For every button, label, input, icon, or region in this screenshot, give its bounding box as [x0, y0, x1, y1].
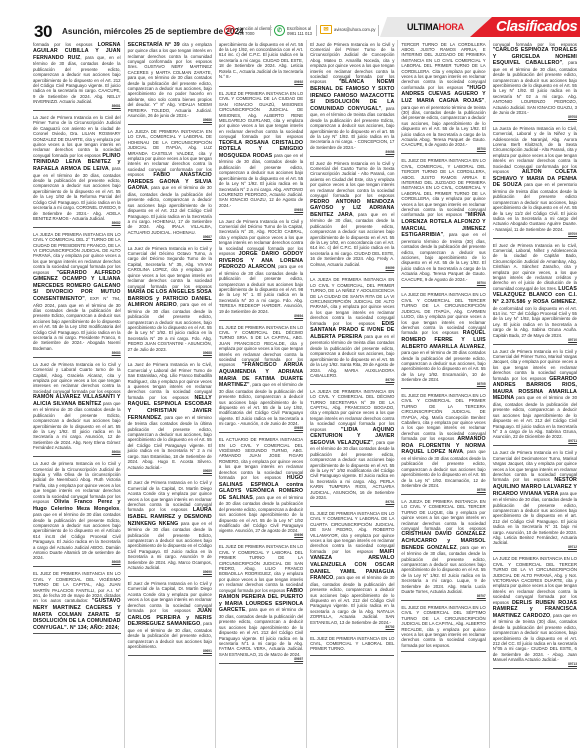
- notice-text: LA JUEZA DE PRIMERA INSTANCIA EN LO CIVI…: [310, 389, 394, 432]
- column-6: conyugal formada por los esposos "CARLOS…: [489, 40, 580, 748]
- legal-notice: EL JUEZ DE PRIMERA INSTANCIA EN LO CIVIL…: [219, 323, 303, 433]
- notice-text: , para que en el término de 30 días cont…: [219, 495, 303, 534]
- notice-text: La Jueza de Primera Instancia en lo Civi…: [493, 126, 577, 174]
- legal-notice: EL JUEZ DE PRIMERA INSTANCIA EN LO CIVIL…: [401, 603, 485, 652]
- notice-text: El Juez de Primera Instancia en lo Civil…: [310, 42, 394, 85]
- legal-notice: La Jueza de Primera Instancia en lo Civi…: [493, 124, 577, 238]
- notice-text: para que en el término de 30 días, conta…: [493, 395, 577, 439]
- notice-code: 89695: [219, 427, 303, 431]
- notice-text: , para que en el término de 30 días, con…: [310, 575, 394, 624]
- notice-code: 89690: [128, 571, 212, 575]
- notice-text: , para que en el término de 30 días, con…: [310, 212, 394, 267]
- column-5: TERCER TURNO DE LA CORDILLERA ABOG. JUST…: [397, 40, 488, 748]
- notice-text: , EXP. N° 794, AÑO 2024, para que en el …: [33, 296, 121, 351]
- legal-notice: La Juez de Primera Instancia en lo Civil…: [219, 217, 303, 320]
- brand-band: ULTIMAHORA Clasificados: [380, 17, 580, 37]
- whatsapp-icon: ✆: [274, 25, 285, 36]
- notice-text: EL JUEZ DE PRIMERA INSTANCIA EN LO CIVIL…: [219, 91, 303, 139]
- notice-code: 89702: [310, 626, 394, 630]
- page-header: 30 Asunción, miércoles 25 de septiembre …: [0, 0, 580, 36]
- contact-whatsapp: ✆ Escríbinos al0981 111 013: [274, 25, 312, 36]
- notice-code: 89709: [493, 233, 577, 237]
- notice-code: 89684: [33, 451, 121, 455]
- legal-notice: La Juez de Primera Instancia en lo Civil…: [33, 360, 121, 457]
- notice-text: LA JUEZ DE PRIMERA INSTANCIA EN LO CIVIL…: [493, 556, 577, 604]
- notice-text: , para que en el término de 30 días cont…: [219, 382, 303, 426]
- notice-code: 89691: [128, 650, 212, 654]
- legal-notice: EL ACTUARIO DE PRIMERA INSTANCIA EN LO C…: [219, 436, 303, 541]
- legal-notice: El Juez de Primera Instancia en lo Civil…: [493, 241, 577, 344]
- notice-code: 89706: [401, 489, 485, 493]
- notice-text: EL JUEZ DE PRIMERA INSTANCIA EN LO CIVIL…: [219, 544, 303, 592]
- notice-code: 89681: [33, 105, 121, 109]
- notice-text: EL JUEZ DE PRIMERA INSTANCIA EN LO CIVIL…: [401, 158, 485, 217]
- notice-code: 89697: [219, 658, 303, 662]
- notice-code: 89711: [493, 440, 577, 444]
- notice-code: 89710: [493, 339, 577, 343]
- notice-code: 89708: [493, 116, 577, 120]
- legal-notice: EL JUEZ DE PRIMERA INSTANCIA EN LO CIVIL…: [33, 570, 121, 635]
- legal-notice: La Juez de Primera Instancia en lo Civil…: [128, 361, 212, 476]
- notice-code: 89692: [219, 81, 303, 85]
- legal-notice: LA JUEZA DE PRIMERA INSTANCIA EN LO CIVI…: [128, 127, 212, 241]
- notice-code: 89688: [128, 352, 212, 356]
- notice-text: La Juez de Primera Instancia en lo Civil…: [128, 246, 212, 289]
- notice-text: , para que en el perentorio término de t…: [401, 98, 485, 147]
- notice-text: para que en el término de 30 días contad…: [33, 401, 121, 450]
- legal-notice: LA JUEZ DE PRIMERA INSTANCIA EN LO CIVIL…: [493, 555, 577, 669]
- divider: [270, 25, 271, 36]
- notice-text: , de conformidad con lo dispuesto en el …: [493, 299, 577, 338]
- legal-notice: apercibimiento de lo dispuesto en el Art…: [219, 40, 303, 87]
- divider: [316, 25, 317, 36]
- notice-text: apercibimiento de lo dispuesto en el Art…: [219, 42, 303, 79]
- column-4: El Juez de Primera Instancia en lo Civil…: [306, 40, 397, 748]
- legal-notice: La Juez de Primera Instancia en lo Civil…: [33, 114, 121, 228]
- phone-icon: ✆: [224, 25, 235, 36]
- notice-code: 89696: [219, 534, 303, 538]
- notice-code: 89701: [310, 501, 394, 505]
- page-number: 30: [34, 22, 52, 42]
- notice-text: La Juez de Primera Instancia en lo Civil…: [33, 362, 121, 394]
- legal-notice: LA JUEZA DE PRIMERA INSTANCIA EN LO CIVI…: [310, 276, 394, 385]
- legal-notice: formada por los esposos LORENA AGUILAR C…: [33, 40, 121, 111]
- legal-notice: El Juez de Primera Instancia en lo Civil…: [310, 159, 394, 273]
- notice-text: para que en el perentorio término de tre…: [310, 334, 394, 378]
- notice-text: para que en el término de 30 días, conta…: [493, 491, 577, 546]
- notice-text: LA JUEZA DE PRIMERA INSTANCIA EN LO CIVI…: [401, 499, 485, 531]
- legal-notice: La Juez de primera Instancia en lo Civil…: [33, 460, 121, 568]
- notice-text: LA JUEZA DE PRIMERA INSTANCIA EN LO CIVI…: [310, 277, 394, 325]
- section-title: Clasificados: [496, 18, 577, 35]
- notice-text: , para que en el término de 30 días, con…: [219, 607, 303, 656]
- notice-code: 89712: [493, 546, 577, 550]
- notice-text: EL JUEZ DE PRIMERA INSTANCIA EN LO CIVIL…: [310, 636, 394, 652]
- notice-text: TERCER TURNO DE LA CORDILLERA ABOG. JUST…: [401, 42, 485, 90]
- column-1: formada por los esposos LORENA AGUILAR C…: [33, 40, 124, 748]
- legal-notice: EL JUEZ DE PRIMERA INSTANCIA EN LO CIVIL…: [219, 90, 303, 215]
- notice-text: La Juez de Primera Instancia en lo Civil…: [33, 115, 121, 158]
- notice-text: , para que en el término de 30 días, con…: [493, 60, 577, 115]
- legal-notice: La Juez de Primera Instancia en lo Civil…: [493, 449, 577, 552]
- notice-text: , para que en el término de treinta días…: [128, 415, 212, 470]
- legal-notice: El Juez de Primera Instancia en lo Civil…: [128, 479, 212, 577]
- legal-notice: EL JUEZ DE PRIMERA INSTANCIA EN LO CIVIL…: [310, 634, 394, 656]
- notice-text: formada por los esposos: [33, 42, 98, 47]
- notice-text: EL JUEZ DE PRIMERA INSTANCIA EN LO CIVIL…: [310, 511, 394, 554]
- notice-code: 89698: [310, 151, 394, 155]
- notice-text: LA JUEZA DE PRIMERA INSTANCIA EN LO CIVI…: [33, 232, 121, 275]
- notice-text: EL ACTUARIO DE PRIMERA INSTANCIA EN LO C…: [219, 437, 303, 480]
- notice-text: EL JUEZ DE PRIMERA INSTANCIA EN LO CIVIL…: [219, 325, 303, 368]
- notice-text: , para que en el término de 30 días cont…: [401, 344, 485, 383]
- notice-text: La Juez de primera Instancia en lo Civil…: [33, 461, 121, 504]
- notice-code: 89689: [128, 470, 212, 474]
- notice-text: cita y emplaza por quince días a los que…: [128, 42, 212, 118]
- legal-notice: EL JUEZ DE PRIMERA INSTANCIA EN LO CIVIL…: [310, 510, 394, 632]
- notice-text: LA JUEZ DE PRIMERA INSTANCIA EN LO CIVIL…: [401, 292, 485, 335]
- notice-text: para que en el término de 30 días contad…: [128, 521, 212, 570]
- notice-text: , para que, en el término de treinta día…: [310, 106, 394, 150]
- legal-notice: El Juez de Primera Instancia en lo Civil…: [128, 579, 212, 655]
- notice-text: EL JUEZ DE PRIMERA INSTANCIA EN LO CIVIL…: [401, 393, 485, 441]
- mail-icon: ✉: [320, 25, 332, 34]
- notice-text: , para que en el término de 30 días cont…: [401, 449, 485, 488]
- notice-text: , para que en el término de 30 días cont…: [33, 506, 121, 561]
- legal-notice: EL JUEZ DE PRIMERA INSTANCIA EN LO CIVIL…: [219, 543, 303, 664]
- notice-code: 89694: [219, 315, 303, 319]
- legal-notice: EL JUEZ DE PRIMERA INSTANCIA EN LO CIVIL…: [401, 392, 485, 495]
- legal-notice: LA JUEZA DE PRIMERA INSTANCIA EN LO CIVI…: [310, 387, 394, 507]
- notice-code: 89693: [219, 209, 303, 213]
- notice-code: 89685: [33, 561, 121, 565]
- notice-code: 89707: [401, 595, 485, 599]
- notice-text: El Juez de Primera Instancia en lo Civil…: [310, 161, 394, 198]
- notice-code: 89687: [128, 236, 212, 240]
- contact-phone: ✆ Atención al cliente:415 7000: [224, 25, 272, 36]
- divider: [378, 25, 379, 36]
- notice-text: , para que en el término de 30 días, con…: [33, 166, 121, 221]
- notice-code: 89704: [401, 282, 485, 286]
- notice-code: 89686: [128, 119, 212, 123]
- legal-notice: LA JUEZA DE PRIMERA INSTANCIA EN LO CIVI…: [33, 230, 121, 357]
- legal-notice: El Juez de Primera Instancia en lo Civil…: [310, 40, 394, 157]
- notice-code: 89703: [401, 148, 485, 152]
- notice-text: , para que en el término de 30 días cont…: [310, 440, 394, 500]
- notice-text: para que en el término de 30 días, conta…: [219, 153, 303, 208]
- notice-text: EL JUEZ DE PRIMERA INSTANCIA EN LO CIVIL…: [401, 605, 485, 648]
- newspaper-logo: ULTIMAHORA: [407, 22, 464, 32]
- notice-text: para que en el perentorio término de tre…: [493, 182, 577, 231]
- legal-notice: LA JUEZA DE PRIMERA INSTANCIA EN LO CIVI…: [401, 498, 485, 601]
- contact-email: ✉ avisos@uhora.com.py: [320, 25, 376, 34]
- legal-notice: TERCER TURNO DE LA CORDILLERA ABOG. JUST…: [401, 40, 485, 154]
- notice-code: 89713: [493, 663, 577, 667]
- classifieds-columns: formada por los esposos LORENA AGUILAR C…: [33, 40, 580, 748]
- legal-notice: La Juez de Primera Instancia en lo Civil…: [493, 347, 577, 446]
- notice-text: , para que en el término de 30 días, con…: [128, 185, 212, 234]
- notice-code: 89700: [310, 379, 394, 383]
- notice-code: 89683: [33, 352, 121, 356]
- date-line: Asunción, miércoles 25 de septiembre de …: [62, 27, 244, 36]
- notice-text: , para que en el perentorio término de t…: [401, 232, 485, 281]
- legal-notice: EL JUEZ DE PRIMERA INSTANCIA EN LO CIVIL…: [401, 157, 485, 289]
- legal-notice: conyugal formada por los esposos "CARLOS…: [493, 40, 577, 122]
- notice-text: conyugal formada por los esposos: [493, 42, 577, 47]
- notice-text: , para que, en el término de 30 días, co…: [33, 55, 121, 104]
- notice-text: LA JUEZA DE PRIMERA INSTANCIA EN LO CIVI…: [128, 129, 212, 177]
- notice-text: , para que en el término de 30 días cont…: [128, 302, 212, 351]
- notice-text: , para que en el término de 30 días cont…: [219, 264, 303, 313]
- legal-notice: SECRETARÍA N° 39 cita y emplaza por quin…: [128, 40, 212, 125]
- legal-notice: LA JUEZ DE PRIMERA INSTANCIA EN LO CIVIL…: [401, 291, 485, 389]
- notice-code: 89705: [401, 383, 485, 387]
- notice-text: , para que en el término de 30 días, con…: [401, 545, 485, 594]
- column-2: SECRETARÍA N° 39 cita y emplaza por quin…: [124, 40, 215, 748]
- legal-notice: La Juez de Primera Instancia en lo Civil…: [128, 244, 212, 358]
- notice-code: 89682: [33, 222, 121, 226]
- notice-text: , para que en el término de treinta (30)…: [493, 613, 577, 662]
- notice-names: SECRETARÍA N° 39: [128, 42, 180, 48]
- column-3: apercibimiento de lo dispuesto en el Art…: [215, 40, 306, 748]
- notice-code: 89699: [310, 267, 394, 271]
- notice-text: El Juez de Primera Instancia en lo Civil…: [493, 243, 577, 291]
